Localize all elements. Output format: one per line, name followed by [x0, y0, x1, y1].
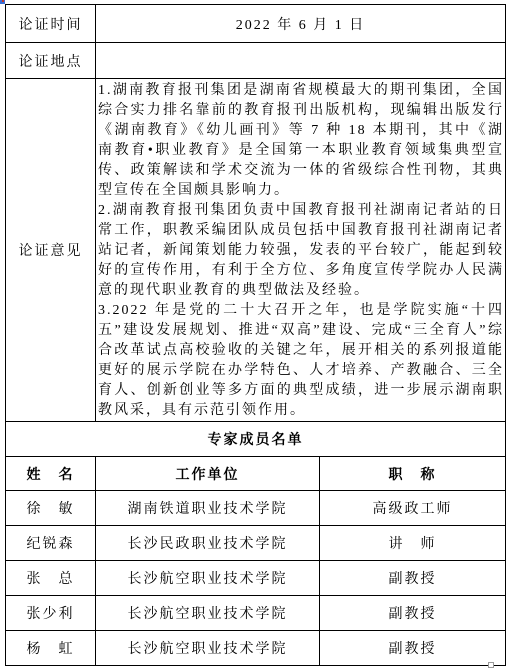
expert-name: 纪锐森: [6, 526, 96, 561]
experts-section-title: 专家成员名单: [6, 422, 506, 457]
expert-unit: 长沙航空职业技术学院: [96, 596, 320, 631]
table-header-row: 姓 名 工作单位 职 称: [6, 457, 506, 491]
header-name: 姓 名: [6, 457, 96, 491]
place-label: 论证地点: [6, 43, 96, 79]
time-value-cell[interactable]: 2022 年 6 月 1 日: [96, 5, 506, 43]
place-value-cell[interactable]: [96, 43, 506, 79]
time-label: 论证时间: [6, 5, 96, 43]
opinion-text-cell[interactable]: 1.湖南教育报刊集团是湖南省规模最大的期刊集团，全国综合实力排名靠前的教育报刊出…: [96, 79, 506, 422]
table-row: 专家成员名单: [6, 422, 506, 457]
expert-name: 徐 敏: [6, 491, 96, 526]
expert-title: 讲 师: [320, 526, 506, 561]
expert-unit: 湖南铁道职业技术学院: [96, 491, 320, 526]
expert-name: 杨 虹: [6, 631, 96, 666]
expert-title: 副教授: [320, 596, 506, 631]
opinion-paragraph-2: 2.湖南教育报刊集团负责中国教育报刊社湖南记者站的日常工作，职教采编团队成员包括…: [98, 201, 504, 301]
opinion-label: 论证意见: [6, 79, 96, 422]
expert-title: 副教授: [320, 631, 506, 666]
table-row: 杨 虹 长沙航空职业技术学院 副教授: [6, 631, 506, 666]
expert-name: 张少利: [6, 596, 96, 631]
expert-unit: 长沙民政职业技术学院: [96, 526, 320, 561]
table-row: 纪锐森 长沙民政职业技术学院 讲 师: [6, 526, 506, 561]
opinion-paragraph-3: 3.2022 年是党的二十大召开之年，也是学院实施“十四五”建设发展规划、推进“…: [98, 301, 504, 421]
header-unit: 工作单位: [96, 457, 320, 491]
table-row: 论证地点: [6, 43, 506, 79]
table-row: 张少利 长沙航空职业技术学院 副教授: [6, 596, 506, 631]
expert-name: 张 总: [6, 561, 96, 596]
expert-unit: 长沙航空职业技术学院: [96, 561, 320, 596]
table-row: 论证意见 1.湖南教育报刊集团是湖南省规模最大的期刊集团，全国综合实力排名靠前的…: [6, 79, 506, 422]
table-resize-handle-icon[interactable]: [488, 662, 494, 668]
table-row: 张 总 长沙航空职业技术学院 副教授: [6, 561, 506, 596]
opinion-paragraph-1: 1.湖南教育报刊集团是湖南省规模最大的期刊集团，全国综合实力排名靠前的教育报刊出…: [98, 81, 504, 201]
demonstration-record-table: 论证时间 2022 年 6 月 1 日 论证地点 论证意见 1.湖南教育报刊集团…: [5, 4, 506, 666]
table-row: 徐 敏 湖南铁道职业技术学院 高级政工师: [6, 491, 506, 526]
expert-title: 副教授: [320, 561, 506, 596]
table-row: 论证时间 2022 年 6 月 1 日: [6, 5, 506, 43]
expert-title: 高级政工师: [320, 491, 506, 526]
header-title: 职 称: [320, 457, 506, 491]
expert-unit: 长沙航空职业技术学院: [96, 631, 320, 666]
